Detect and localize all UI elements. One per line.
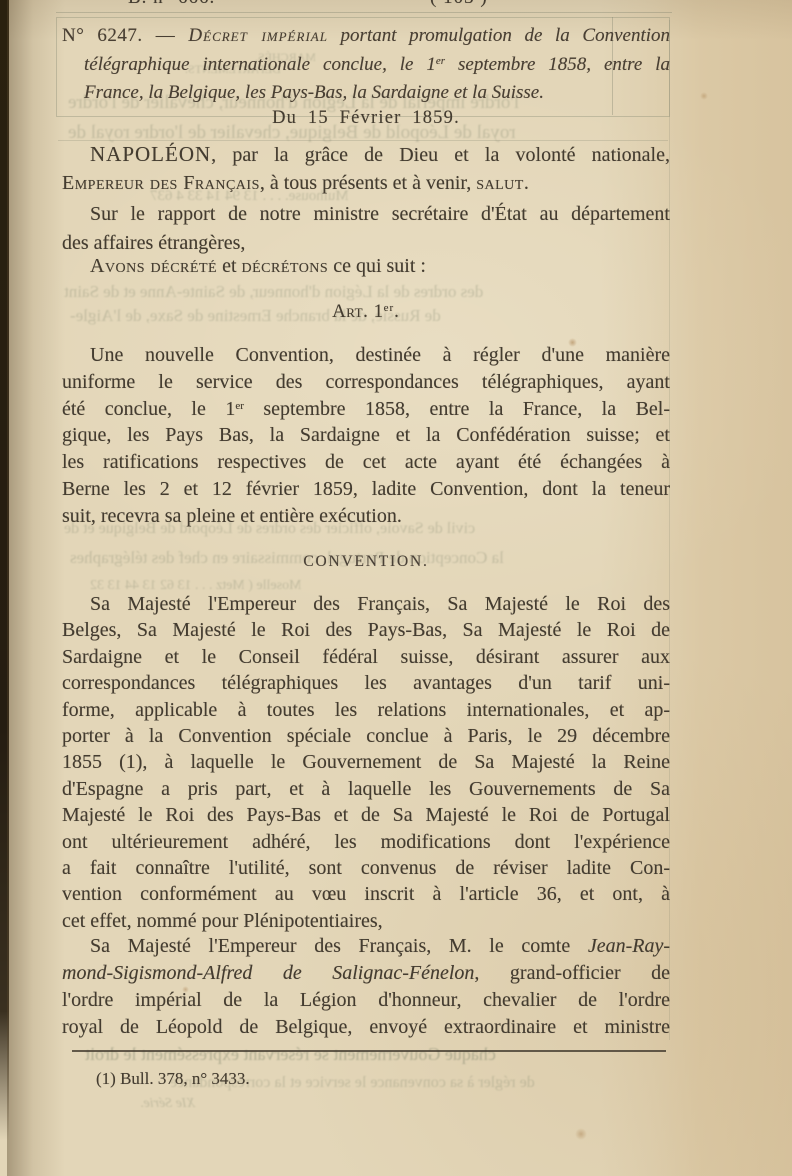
gutter-shadow	[7, 0, 65, 1176]
body-line: Berne les 2 et 12 février 1859, ladite C…	[62, 476, 670, 503]
plenipotentiary-name: Jean-Ray-	[588, 935, 670, 957]
title-line: télégraphique internationale conclue, le…	[62, 51, 670, 80]
body-line: suit, recevra sa pleine et entière exécu…	[62, 503, 670, 530]
decree-title: N° 6247. — Décret impérial portant promu…	[62, 22, 670, 108]
bleedthrough-line	[56, 12, 672, 13]
body-line: a fait connaître l'utilité, sont convenu…	[62, 855, 670, 881]
body-line: été conclue, le 1er septembre 1858, entr…	[62, 396, 670, 423]
enacting-smallcaps: décrétons	[242, 255, 329, 277]
enacting-smallcaps: Avons décrété	[90, 255, 217, 277]
article-label: Art. 1	[332, 301, 384, 322]
body-line: forme, applicable à toutes les relations…	[62, 697, 670, 723]
title-line: N° 6247. — Décret impérial portant promu…	[62, 22, 670, 51]
convention-paragraph-2: Sa Majesté l'Empereur des Français, M. l…	[62, 933, 670, 1041]
paper-stain	[575, 1128, 587, 1140]
body-line: gique, les Pays Bas, la Sardaigne et la …	[62, 422, 670, 449]
body-line: 1855 (1), à laquelle le Gouvernement de …	[62, 749, 670, 775]
body-text: , par la grâce de Dieu et la volonté nat…	[211, 144, 670, 166]
body-line: Empereur des Français, à tous présents e…	[62, 169, 670, 198]
footnote-rule	[72, 1050, 666, 1052]
body-line: porter à la Convention spéciale conclue …	[62, 723, 670, 749]
title-text: portant promulgation de la Convention	[328, 25, 670, 46]
decree-type-label: Décret impérial	[188, 25, 328, 46]
body-line: uniforme le service des correspondances …	[62, 369, 670, 396]
ordinal-superscript: er	[235, 400, 244, 412]
title-line: France, la Belgique, les Pays-Bas, la Sa…	[62, 79, 670, 108]
report-paragraph: Sur le rapport de notre ministre secréta…	[62, 200, 670, 258]
body-line: Une nouvelle Convention, destinée à régl…	[62, 342, 670, 369]
body-text: septembre 1858, entre la France, la Bel-	[244, 398, 670, 420]
body-line: Belges, Sa Majesté le Roi des Pays-Bas, …	[62, 617, 670, 643]
body-line: royal de Léopold de Belgique, envoyé ext…	[62, 1014, 670, 1041]
ordinal-superscript: er	[384, 302, 395, 314]
footnote: (1) Bull. 378, n° 3433.	[62, 1066, 704, 1092]
title-text: télégraphique internationale conclue, le…	[84, 54, 436, 75]
ordinal-superscript: er	[436, 55, 445, 67]
paper-stain	[700, 92, 708, 100]
convention-heading: CONVENTION.	[62, 553, 670, 571]
article-label: .	[394, 301, 400, 322]
body-text: et	[217, 255, 241, 277]
body-line: Sa Majesté l'Empereur des Français, M. l…	[62, 933, 670, 960]
header-bulletin-number: B. n° 666.	[128, 0, 215, 9]
bleedthrough-fragment: des ordres de la Légion d'honneur, de Sa…	[64, 282, 483, 302]
body-line: correspondances télégraphiques les avant…	[62, 670, 670, 696]
body-line: Majesté le Roi des Pays-Bas et de Sa Maj…	[62, 802, 670, 828]
enacting-formula: Avons décrété et décrétons ce qui suit :	[62, 252, 698, 281]
decree-number: N° 6247. —	[62, 25, 188, 46]
body-line: d'Espagne a pris part, et à laquelle les…	[62, 776, 670, 802]
body-line: les ratifications respectives de cet act…	[62, 449, 670, 476]
bleedthrough-fragment: XIe Série.	[140, 1096, 195, 1112]
article-1-heading: Art. 1er.	[62, 301, 670, 323]
salut-word: salut	[476, 172, 524, 194]
body-line: Sardaigne et le Conseil fédéral suisse, …	[62, 644, 670, 670]
body-line: Sur le rapport de notre ministre secréta…	[62, 200, 670, 229]
body-line: mond-Sigismond-Alfred de Salignac-Fénelo…	[62, 960, 670, 987]
body-line: l'ordre impérial de la Légion d'honneur,…	[62, 987, 670, 1014]
body-line: NAPOLÉON, par la grâce de Dieu et la vol…	[62, 140, 670, 169]
sovereign-name: NAPOLÉON	[90, 142, 211, 166]
body-line: Sa Majesté l'Empereur des Français, Sa M…	[62, 591, 670, 617]
body-text: .	[524, 172, 529, 194]
body-text: , à tous présents et à venir,	[260, 172, 476, 194]
body-text: Sa Majesté l'Empereur des Français, M. l…	[90, 935, 588, 957]
body-line: ont ultérieurement adhéré, les modificat…	[62, 829, 670, 855]
sovereign-style: Empereur des Français	[62, 172, 260, 194]
article-1-paragraph: Une nouvelle Convention, destinée à régl…	[62, 342, 670, 530]
preamble-paragraph: NAPOLÉON, par la grâce de Dieu et la vol…	[62, 140, 670, 198]
body-line: cet effet, nommé pour Plénipotentiaires,	[62, 908, 670, 934]
decree-date: Du 15 Février 1859.	[62, 108, 670, 129]
body-text: ce qui suit :	[328, 255, 426, 277]
convention-paragraph-1: Sa Majesté l'Empereur des Français, Sa M…	[62, 591, 670, 934]
plenipotentiary-name: mond-Sigismond-Alfred de Salignac-Fénelo…	[62, 962, 474, 984]
document-page: MARCHÉS. DÉPARTEMENTS. l'ordre impérial …	[0, 0, 792, 1176]
body-text: été conclue, le 1	[62, 398, 235, 420]
page-running-header: B. n° 666. ( 103 )	[62, 0, 670, 9]
body-line: vention conformément au vœu inscrit à l'…	[62, 881, 670, 907]
header-page-number: ( 103 )	[430, 0, 488, 9]
bleedthrough-fragment: chaque Gouvernement se réservant express…	[85, 1044, 496, 1065]
body-text: , grand-officier de	[474, 962, 670, 984]
title-text: septembre 1858, entre la	[445, 54, 670, 75]
